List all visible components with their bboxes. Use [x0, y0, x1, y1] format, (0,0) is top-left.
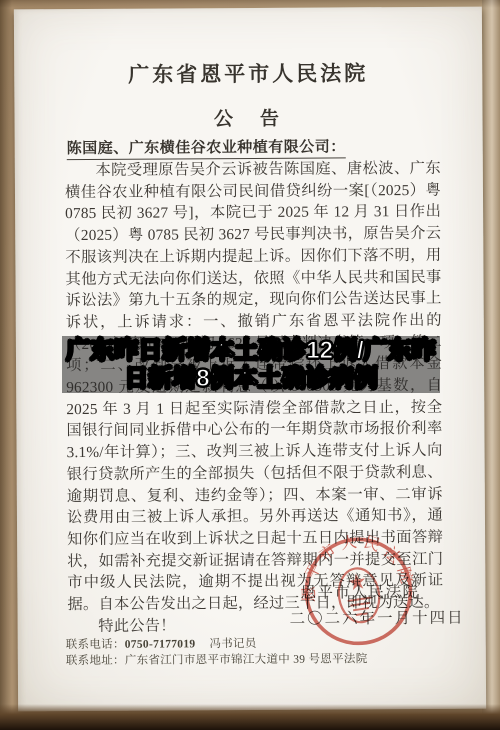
emblem-gate-icon	[348, 598, 374, 616]
contact-phone-line: 联系电话：0750-7177019冯书记员	[66, 635, 257, 652]
announcement-title: 公 告	[14, 103, 482, 133]
news-caption-overlay: 广东昨日新增本土确诊12例/广东昨 日新增8例本土确诊病例	[62, 336, 440, 393]
table-edge-left	[0, 0, 12, 730]
national-emblem: ★	[335, 566, 382, 625]
caption-line-2: 日新增8例本土确诊病例	[124, 365, 377, 393]
court-name-heading: 广东省恩平市人民法院	[14, 57, 482, 90]
official-court-seal-icon: 恩平市人民法院 ★	[290, 523, 426, 659]
clerk-name: 冯书记员	[209, 638, 256, 650]
photo-background: 广东省恩平市人民法院 公 告 陈国庭、广东横佳谷农业种植有限公司： 本院受理原告…	[0, 0, 500, 730]
contact-address-line: 联系地址：广东省江门市恩平市锦江大道中 39 号恩平法院	[66, 650, 368, 668]
table-edge-bottom	[0, 704, 500, 730]
emblem-star-icon: ★	[345, 568, 368, 596]
addressee-line: 陈国庭、广东横佳谷农业种植有限公司：	[67, 135, 346, 160]
phone-number: 0750-7177019	[125, 638, 196, 650]
phone-label: 联系电话：	[66, 639, 125, 651]
caption-line-1: 广东昨日新增本土确诊12例/广东昨	[66, 337, 435, 365]
